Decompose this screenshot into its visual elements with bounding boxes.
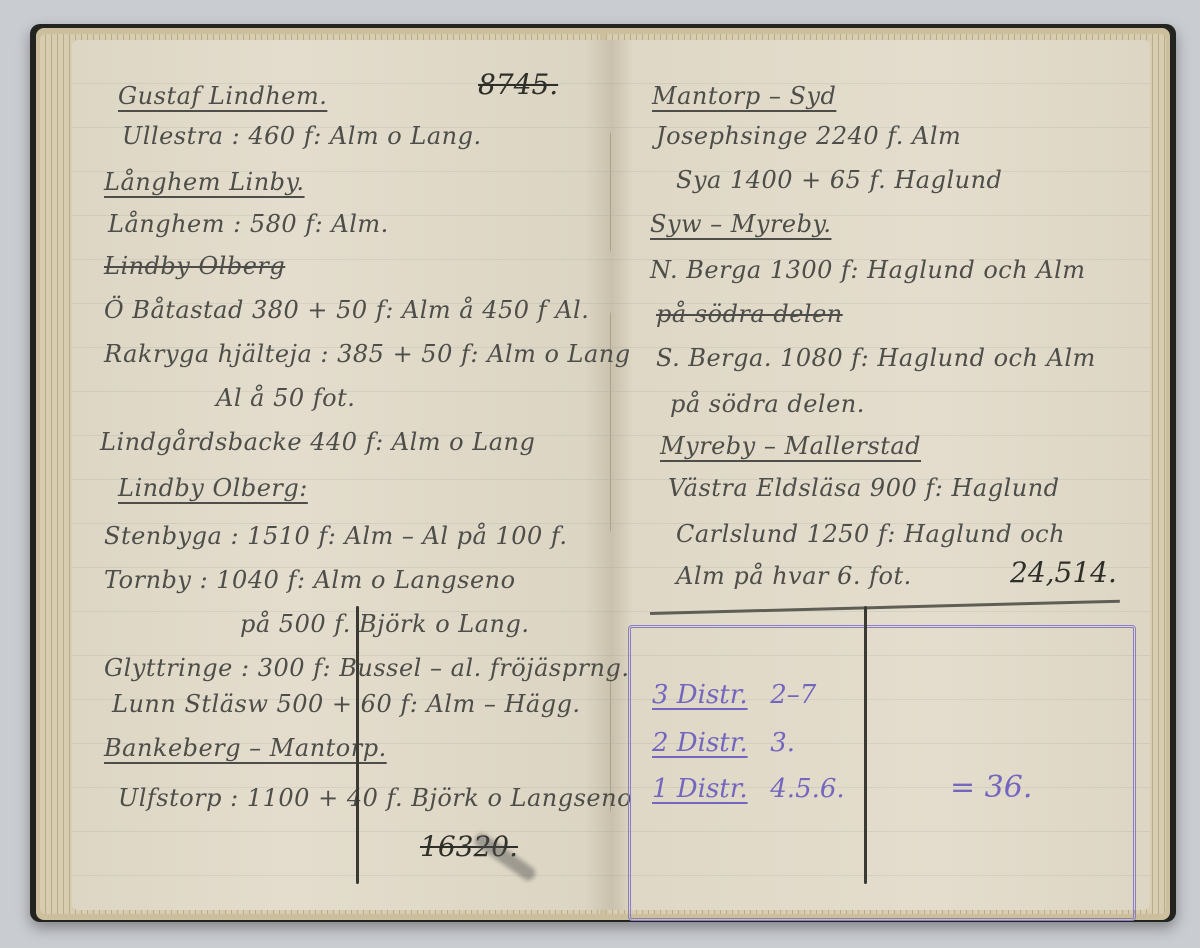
right-line: Sya 1400 + 65 f. Haglund	[676, 166, 1002, 194]
left-line: Gustaf Lindhem.	[118, 82, 327, 110]
left-page-top-total: 8745.	[478, 68, 558, 101]
left-line: Al å 50 fot.	[216, 384, 355, 412]
district-value: 2–7	[770, 680, 816, 710]
district-value: 4.5.6.	[770, 774, 844, 804]
left-line: Lindgårdsbacke 440 f: Alm o Lang	[100, 428, 535, 456]
right-line: S. Berga. 1080 f: Haglund och Alm	[656, 344, 1096, 372]
district-label: 1 Distr.	[652, 774, 762, 804]
ink-divider-line	[864, 606, 867, 884]
left-line: Bankeberg – Mantorp.	[104, 734, 387, 762]
district-row: 2 Distr. 3.	[652, 728, 795, 758]
district-result: = 36.	[950, 770, 1032, 805]
right-line: Carlslund 1250 f: Haglund och	[676, 520, 1065, 548]
district-row: 3 Distr. 2–7	[652, 680, 816, 710]
left-line: Rakryga hjälteja : 385 + 50 f: Alm o Lan…	[104, 340, 631, 368]
right-line: Myreby – Mallerstad	[660, 432, 921, 460]
right-line: Västra Eldsläsa 900 f: Haglund	[668, 474, 1060, 502]
right-line: Josephsinge 2240 f. Alm	[656, 122, 961, 150]
left-line: Lindby Olberg:	[118, 474, 308, 502]
left-line: Tornby : 1040 f: Alm o Langseno	[104, 566, 516, 594]
left-line: Stenbyga : 1510 f: Alm – Al på 100 f.	[104, 522, 568, 550]
right-line: på södra delen.	[670, 390, 865, 418]
ink-divider-line	[356, 606, 359, 884]
left-line: Långhem : 580 f: Alm.	[108, 210, 389, 238]
left-line: på 500 f. Björk o Lang.	[240, 610, 529, 638]
right-line: N. Berga 1300 f: Haglund och Alm	[650, 256, 1086, 284]
district-row: 1 Distr. 4.5.6.	[652, 774, 845, 804]
right-line: Alm på hvar 6. fot.	[676, 562, 912, 590]
left-line: Långhem Linby.	[104, 168, 305, 196]
right-line: på södra delen	[656, 300, 843, 328]
left-line: Lunn Stläsw 500 + 60 f: Alm – Hägg.	[112, 690, 581, 718]
district-label: 2 Distr.	[652, 728, 762, 758]
right-page-total: 24,514.	[1010, 556, 1117, 589]
right-line: Mantorp – Syd	[652, 82, 836, 110]
left-line: Ulfstorp : 1100 + 40 f. Björk o Langseno	[118, 784, 632, 812]
violet-pencil-box	[628, 625, 1136, 921]
left-line: Glyttringe : 300 f: Bussel – al. fröjäsp…	[104, 654, 630, 682]
left-line: Ullestra : 460 f: Alm o Lang.	[122, 122, 482, 150]
right-line: Syw – Myreby.	[650, 210, 831, 238]
district-label: 3 Distr.	[652, 680, 762, 710]
left-line: Ö Båtastad 380 + 50 f: Alm å 450 f Al.	[104, 296, 589, 324]
district-value: 3.	[770, 728, 795, 758]
left-line: Lindby Olberg	[104, 252, 285, 280]
